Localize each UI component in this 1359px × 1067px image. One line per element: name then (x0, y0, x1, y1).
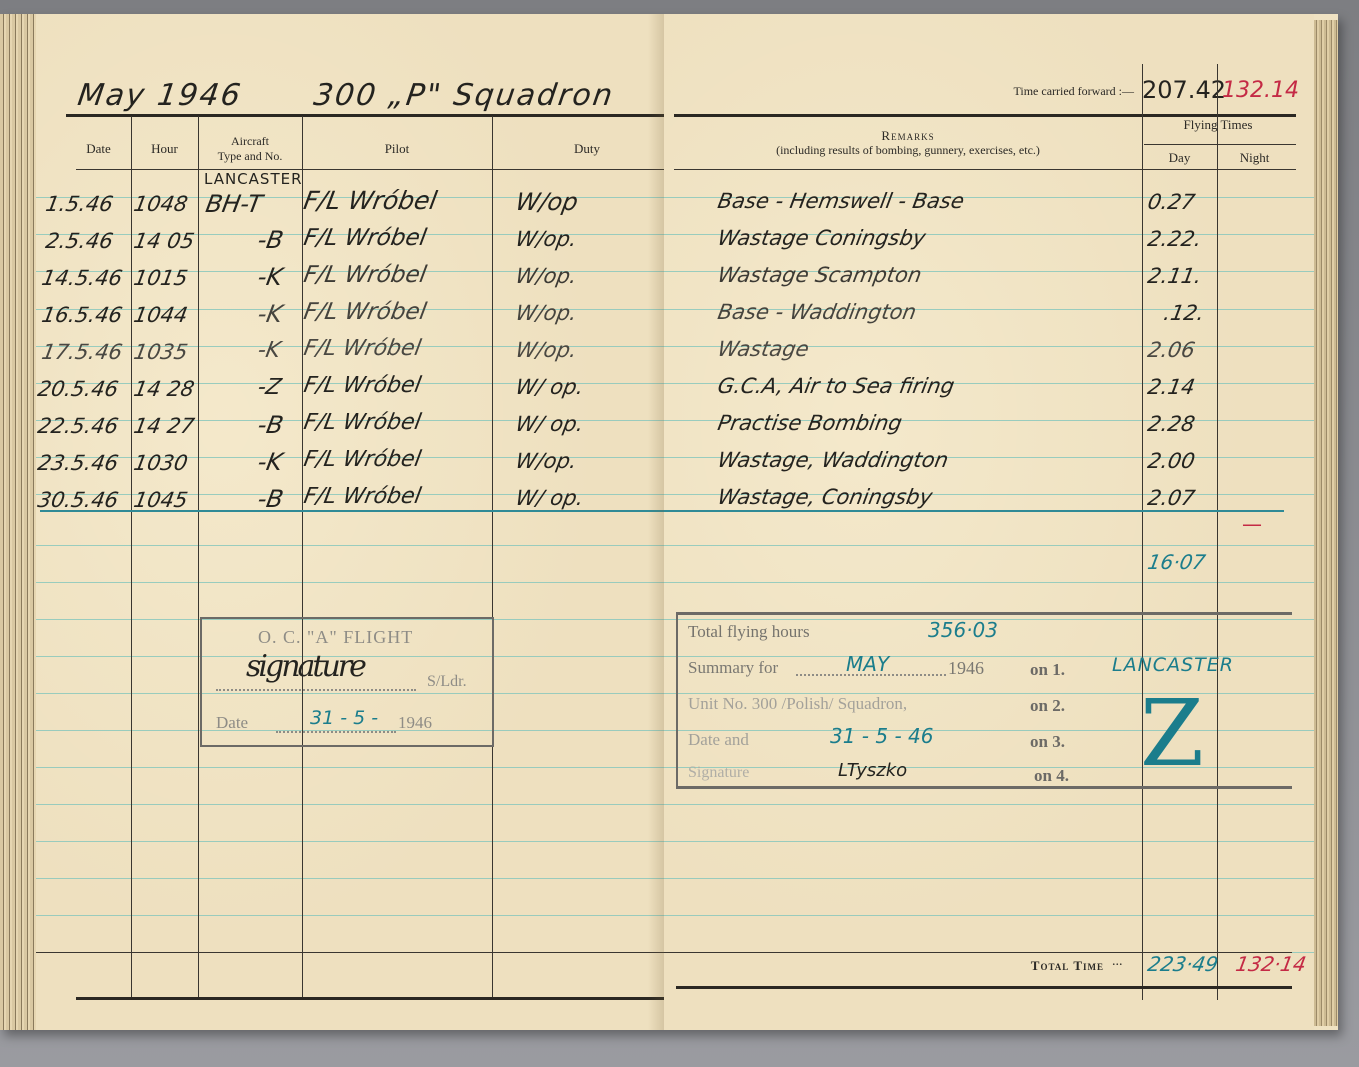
bottom-rule-thin-left (36, 952, 664, 953)
entry-remarks: Wastage (716, 337, 811, 361)
header-bottom-rule-right (674, 169, 1296, 170)
entry-day: 2.06 (1146, 338, 1197, 362)
entry-aircraft: -B (256, 485, 286, 513)
oc-rank: S/Ldr. (427, 673, 467, 691)
aircraft-type: LANCASTER (204, 170, 303, 188)
oc-date-label: Date (216, 713, 248, 733)
entry-date: 30.5.46 (36, 488, 120, 512)
summary-year: 1946 (948, 658, 984, 679)
entry-pilot: F/L Wróbel (302, 447, 423, 472)
entry-date: 14.5.46 (40, 266, 124, 290)
entry-hour: 1015 (132, 266, 190, 290)
col-sep-hour (198, 116, 199, 1000)
col-sep-pilot (492, 116, 493, 1000)
summary-z-mark: Z (1140, 688, 1204, 780)
summary-signature-label: Signature (688, 764, 749, 782)
subtotal-day: 16·07 (1146, 550, 1207, 574)
header-remarks: Remarks (674, 128, 1142, 144)
bottom-rule-thick-right (676, 986, 1292, 989)
entry-hour: 1030 (132, 451, 190, 475)
header-bottom-rule (76, 169, 664, 170)
entry-hour: 14 27 (132, 414, 196, 438)
entry-pilot: F/L Wróbel (302, 410, 423, 435)
entry-duty: W/op. (514, 264, 579, 288)
entry-remarks: Wastage Scampton (716, 263, 924, 287)
entry-day: 2.14 (1146, 375, 1197, 399)
summary-date-label: Date and (688, 730, 749, 750)
entry-day: 2.07 (1146, 486, 1197, 510)
entry-day: 2.00 (1146, 449, 1197, 473)
entry-pilot: F/L Wróbel (302, 262, 429, 288)
total-time-label: Total Time (1004, 958, 1104, 974)
oc-signature: signature (246, 649, 364, 684)
header-night: Night (1217, 150, 1292, 166)
entry-duty: W/op (514, 188, 581, 216)
oc-flight-stamp: O. C. "A" FLIGHT signature S/Ldr. Date 3… (200, 617, 494, 747)
entry-pilot: F/L Wróbel (302, 225, 429, 251)
summary-month: MAY (846, 652, 889, 676)
entry-aircraft: -K (256, 263, 285, 291)
header-day: Day (1142, 150, 1217, 166)
flying-times-rule (1144, 144, 1296, 145)
summary-date-value: 31 - 5 - 46 (830, 724, 934, 748)
entry-aircraft: -B (256, 226, 286, 254)
entry-date: 16.5.46 (40, 303, 124, 327)
entry-hour: 14 28 (132, 377, 196, 401)
entry-pilot: F/L Wróbel (302, 484, 423, 509)
entry-aircraft: -K (256, 448, 285, 476)
entry-duty: W/ op. (514, 486, 586, 510)
entry-hour: 1048 (132, 192, 190, 216)
subtotal-night: — (1242, 512, 1262, 536)
entry-remarks: Practise Bombing (716, 411, 904, 435)
entry-hour: 1044 (132, 303, 190, 327)
summary-signature-value: LTyszko (838, 760, 907, 781)
entry-remarks: Wastage, Waddington (716, 448, 950, 472)
entry-hour: 1045 (132, 488, 190, 512)
summary-aircraft-on1: LANCASTER (1112, 654, 1234, 676)
entry-duty: W/ op. (514, 412, 586, 436)
entry-remarks: Base - Waddington (716, 300, 918, 324)
entry-date: 20.5.46 (36, 377, 120, 401)
page-edges-right (1314, 20, 1338, 1026)
col-sep-remarks (1142, 64, 1143, 1000)
header-date: Date (66, 141, 131, 157)
header-pilot: Pilot (302, 141, 492, 157)
summary-for-label: Summary for (688, 658, 778, 678)
header-top-rule (66, 114, 664, 117)
total-time-dots: ... (1112, 954, 1123, 970)
entry-duty: W/op. (514, 449, 579, 473)
entry-date: 17.5.46 (40, 340, 124, 364)
entry-pilot: F/L Wróbel (302, 299, 429, 325)
header-flying-times: Flying Times (1142, 117, 1294, 133)
entry-date: 23.5.46 (36, 451, 120, 475)
time-carried-forward-label: Time carried forward :— (964, 84, 1134, 99)
page-edges-left (0, 14, 36, 1030)
entry-remarks: Wastage, Coningsby (716, 485, 934, 509)
carried-forward-day: 207.42 (1142, 76, 1226, 104)
entry-date: 1.5.46 (44, 192, 115, 216)
entry-remarks: G.C.A, Air to Sea firing (716, 374, 956, 398)
entry-remarks: Wastage Coningsby (716, 226, 928, 250)
summary-unit: Unit No. 300 /Polish/ Squadron, (688, 694, 907, 714)
entry-pilot: F/L Wróbel (302, 336, 423, 361)
entry-pilot: F/L Wróbel (301, 186, 439, 215)
header-aircraft-2: Type and No. (198, 149, 302, 164)
summary-on2: on 2. (1030, 696, 1065, 716)
header-hour: Hour (131, 141, 198, 157)
entry-aircraft: -K (256, 338, 283, 363)
entry-day: 2.22. (1146, 227, 1204, 251)
entry-day: 0.27 (1146, 190, 1197, 214)
summary-stamp: Total flying hours 356·03 Summary for MA… (676, 614, 1288, 788)
col-sep-day (1217, 64, 1218, 1000)
entry-hour: 1035 (132, 340, 190, 364)
entry-hour: 14 05 (132, 229, 196, 253)
total-night: 132·14 (1234, 952, 1308, 976)
title-squadron: 300 „P" Squadron (312, 78, 617, 113)
entry-aircraft: -K (256, 300, 285, 328)
entry-aircraft: BH-T (204, 190, 265, 218)
entry-date: 22.5.46 (36, 414, 120, 438)
summary-on1: on 1. (1030, 660, 1065, 680)
entry-duty: W/op. (514, 301, 579, 325)
entries-end-rule-left (40, 510, 664, 512)
entry-aircraft: -B (256, 411, 286, 439)
entry-day: .12. (1162, 301, 1206, 325)
oc-flight-title: O. C. "A" FLIGHT (258, 627, 413, 648)
summary-total-value: 356·03 (928, 618, 998, 642)
entries-end-rule-right (664, 510, 1284, 512)
bottom-rule-thick-left (76, 997, 664, 1000)
entry-aircraft: -Z (256, 375, 283, 400)
entry-duty: W/ op. (514, 375, 586, 399)
oc-date-value: 31 - 5 - (310, 707, 378, 729)
entry-day: 2.28 (1146, 412, 1197, 436)
header-aircraft-1: Aircraft (198, 134, 302, 149)
logbook: May 1946 300 „P" Squadron Date Hour Airc… (0, 14, 1338, 1030)
summary-total-label: Total flying hours (688, 622, 810, 642)
oc-date-dots (276, 731, 396, 733)
summary-on3: on 3. (1030, 732, 1065, 752)
oc-signature-dots (216, 689, 416, 691)
oc-date-year: 1946 (398, 713, 432, 733)
total-day: 223·49 (1146, 952, 1220, 976)
entry-remarks: Base - Hemswell - Base (716, 189, 966, 213)
entry-pilot: F/L Wróbel (302, 373, 423, 398)
entry-date: 2.5.46 (44, 229, 115, 253)
entry-duty: W/op. (514, 338, 579, 362)
header-remarks-sub: (including results of bombing, gunnery, … (674, 143, 1142, 158)
title-month: May 1946 (76, 78, 245, 113)
header-duty: Duty (492, 141, 682, 157)
left-page: May 1946 300 „P" Squadron Date Hour Airc… (36, 14, 664, 1030)
summary-stamp-bottom (676, 786, 1292, 789)
entry-duty: W/op. (514, 227, 579, 251)
carried-forward-night: 132.14 (1222, 78, 1299, 103)
summary-on4: on 4. (1034, 766, 1069, 786)
right-page: Time carried forward :— 207.42 132.14 Re… (664, 14, 1314, 1030)
entry-day: 2.11. (1146, 264, 1204, 288)
